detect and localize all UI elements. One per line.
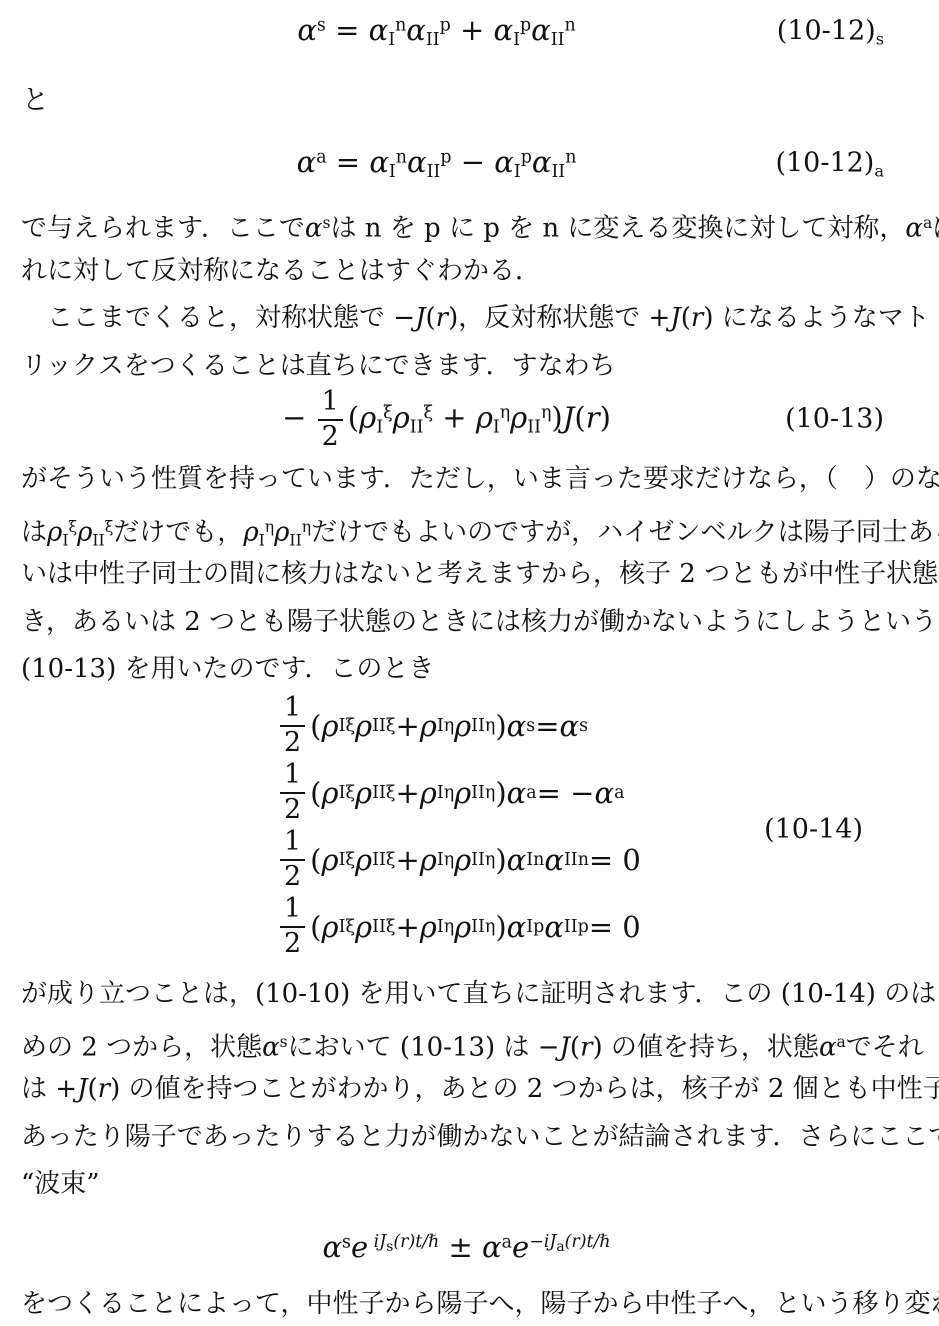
display-equation-group-10-14: 12(ρIξρIIξ + ρIηρIIη)αs = αs 12(ρIξρIIξ … xyxy=(278,692,939,964)
equation-10-12a: αa = αInαIIp − αIpαIIn xyxy=(297,145,577,182)
text-line: あったり陽子であったりすると力が働かないことが結論されます．さらにここで xyxy=(21,1114,925,1162)
equation-wave-packet: αse iJs(r)t/ℏ ± αae−iJa(r)t/ℏ xyxy=(322,1230,610,1264)
text-line: で与えられます．ここでαsは n を p に p を n に変える変換に対して対… xyxy=(21,200,925,248)
text-line: いは中性子同士の間に核力はないと考えますから，核子 2 つともが中性子状態のと xyxy=(21,551,925,599)
text-line: ここまでくると，対称状態で −J(r)，反対称状態で +J(r) になるようなマ… xyxy=(21,295,925,343)
paragraph-2: ここまでくると，対称状態で −J(r)，反対称状態で +J(r) になるようなマ… xyxy=(21,295,925,390)
equation-label-10-12a: (10-12)a xyxy=(775,148,884,181)
text-line: は +J(r) の値を持つことがわかり，あとの 2 つからは，核子が 2 個とも… xyxy=(21,1066,925,1114)
equation-10-12s: αs = αInαIIp + αIpαIIn xyxy=(297,13,575,50)
equation-label-10-14: (10-14) xyxy=(764,814,863,845)
display-equation-wave-packet: αse iJs(r)t/ℏ ± αae−iJa(r)t/ℏ xyxy=(0,1220,939,1274)
text-line: き，あるいは 2 つとも陽子状態のときには核力が働かないようにしようというので xyxy=(21,599,925,647)
equation-10-14-line-4: 12(ρIξρIIξ + ρIηρIIη)αIpαIIp = 0 xyxy=(278,893,939,960)
text-line: がそういう性質を持っています．ただし，いま言った要求だけなら，（ ）のなか xyxy=(21,456,925,504)
book-page: αs = αInαIIp + αIpαIIn (10-12)s と αa = α… xyxy=(0,0,939,1326)
equation-10-14-line-1: 12(ρIξρIIξ + ρIηρIIη)αs = αs xyxy=(278,692,939,759)
paragraph-4: が成り立つことは，(10-10) を用いて直ちに証明されます．この (10-14… xyxy=(21,971,925,1209)
connector-word-to: と xyxy=(22,78,49,118)
text-line: はρIξρIIξだけでも，ρIηρIIηだけでもよいのですが，ハイゼンベルクは陽… xyxy=(21,504,925,552)
display-equation-10-13: − 12(ρIξρIIξ + ρIηρIIη)J(r) (10-13) xyxy=(0,382,939,456)
paragraph-5: をつくることによって，中性子から陽子へ，陽子から中性子へ，という移り変わり xyxy=(21,1281,925,1326)
display-equation-10-12a: αa = αInαIIp − αIpαIIn (10-12)a xyxy=(0,138,939,190)
text-line: れに対して反対称になることはすぐわかる． xyxy=(21,248,925,296)
display-equation-10-12s: αs = αInαIIp + αIpαIIn (10-12)s xyxy=(0,6,939,58)
text-line: が成り立つことは，(10-10) を用いて直ちに証明されます．この (10-14… xyxy=(21,971,925,1019)
equation-label-10-13: (10-13) xyxy=(785,404,884,435)
equation-10-13: − 12(ρIξρIIξ + ρIηρIIη)J(r) xyxy=(282,388,611,451)
equation-label-10-12s: (10-12)s xyxy=(777,16,884,49)
text-line: (10-13) を用いたのです．このとき xyxy=(21,646,925,694)
text-line: をつくることによって，中性子から陽子へ，陽子から中性子へ，という移り変わり xyxy=(21,1281,925,1326)
paragraph-1: で与えられます．ここでαsは n を p に p を n に変える変換に対して対… xyxy=(21,200,925,295)
text-line: “波束” xyxy=(21,1161,925,1209)
paragraph-3: がそういう性質を持っています．ただし，いま言った要求だけなら，（ ）のなか はρ… xyxy=(21,456,925,694)
text-line: めの 2 つから，状態αsにおいて (10-13) は −J(r) の値を持ち，… xyxy=(21,1019,925,1067)
